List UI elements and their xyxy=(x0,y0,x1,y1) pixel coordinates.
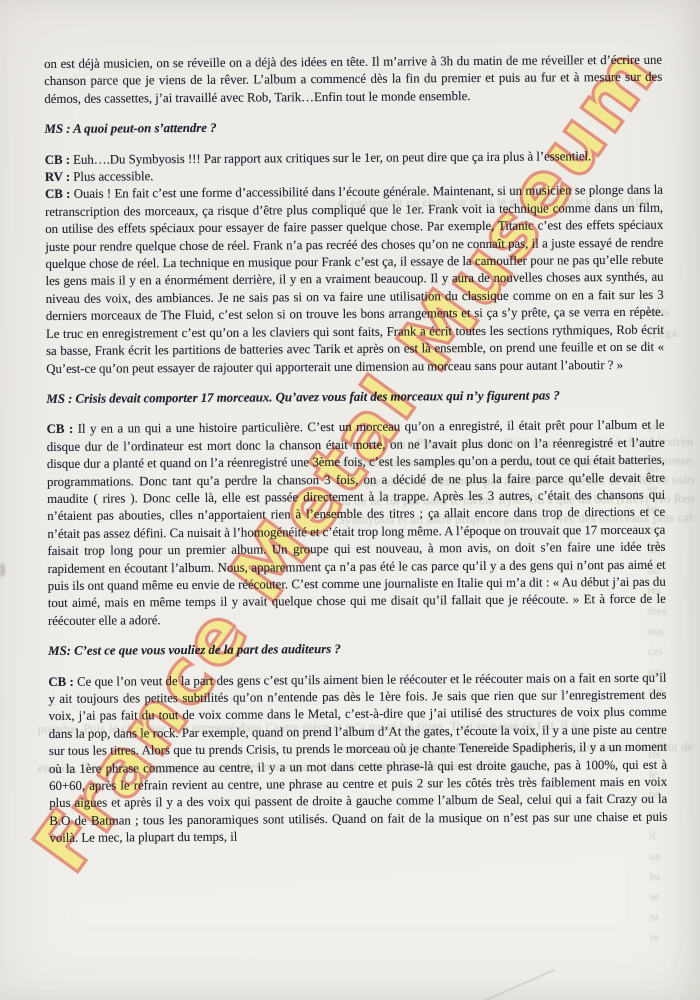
answer-text: Ce que l’on veut de la part des gens c’e… xyxy=(48,670,667,845)
interview-question: MS : Crisis devait comporter 17 morceaux… xyxy=(46,387,664,409)
answer-text: Plus accessible. xyxy=(73,169,153,184)
interview-paragraph: CB : Ouais ! En fait c’est une forme d’a… xyxy=(45,182,664,378)
interview-question: MS: C’est ce que vous vouliez de la part… xyxy=(48,639,666,661)
interview-question: MS : A quoi peut-on s’attendre ? xyxy=(44,117,662,139)
speaker-label: RV : xyxy=(45,170,70,184)
interview-text: on est déjà musicien, on se réveille on … xyxy=(44,52,668,848)
answer-text: Ouais ! En fait c’est une forme d’access… xyxy=(45,183,664,375)
bleedthrough-fragment: re xyxy=(650,928,669,949)
bleedthrough-fragment: ba xyxy=(650,867,669,888)
answer-text: Euh….Du Symbyosis !!! Par rapport aux cr… xyxy=(73,149,591,167)
answer-text: on est déjà musicien, on se réveille on … xyxy=(44,53,662,106)
interview-paragraph: CB : Il y en a un qui a une histoire par… xyxy=(47,417,666,630)
speaker-label: CB : xyxy=(48,674,73,688)
bleedthrough-fragment: un xyxy=(649,846,668,867)
speaker-label: CB : xyxy=(45,187,70,201)
scan-smudge xyxy=(0,563,5,577)
bleedthrough-fragment: se xyxy=(650,887,669,908)
speaker-label: CB : xyxy=(47,422,74,436)
interview-paragraph: on est déjà musicien, on se réveille on … xyxy=(44,52,662,109)
answer-text: Il y en a un qui a une histoire particul… xyxy=(47,418,666,628)
interview-paragraph: CB : Ce que l’on veut de la part des gen… xyxy=(48,669,667,847)
bleedthrough-fragment: nt xyxy=(650,908,669,929)
speaker-label: CB : xyxy=(45,152,70,166)
scanned-interview-page: et également un chanteur dans le groupe … xyxy=(0,0,700,1000)
